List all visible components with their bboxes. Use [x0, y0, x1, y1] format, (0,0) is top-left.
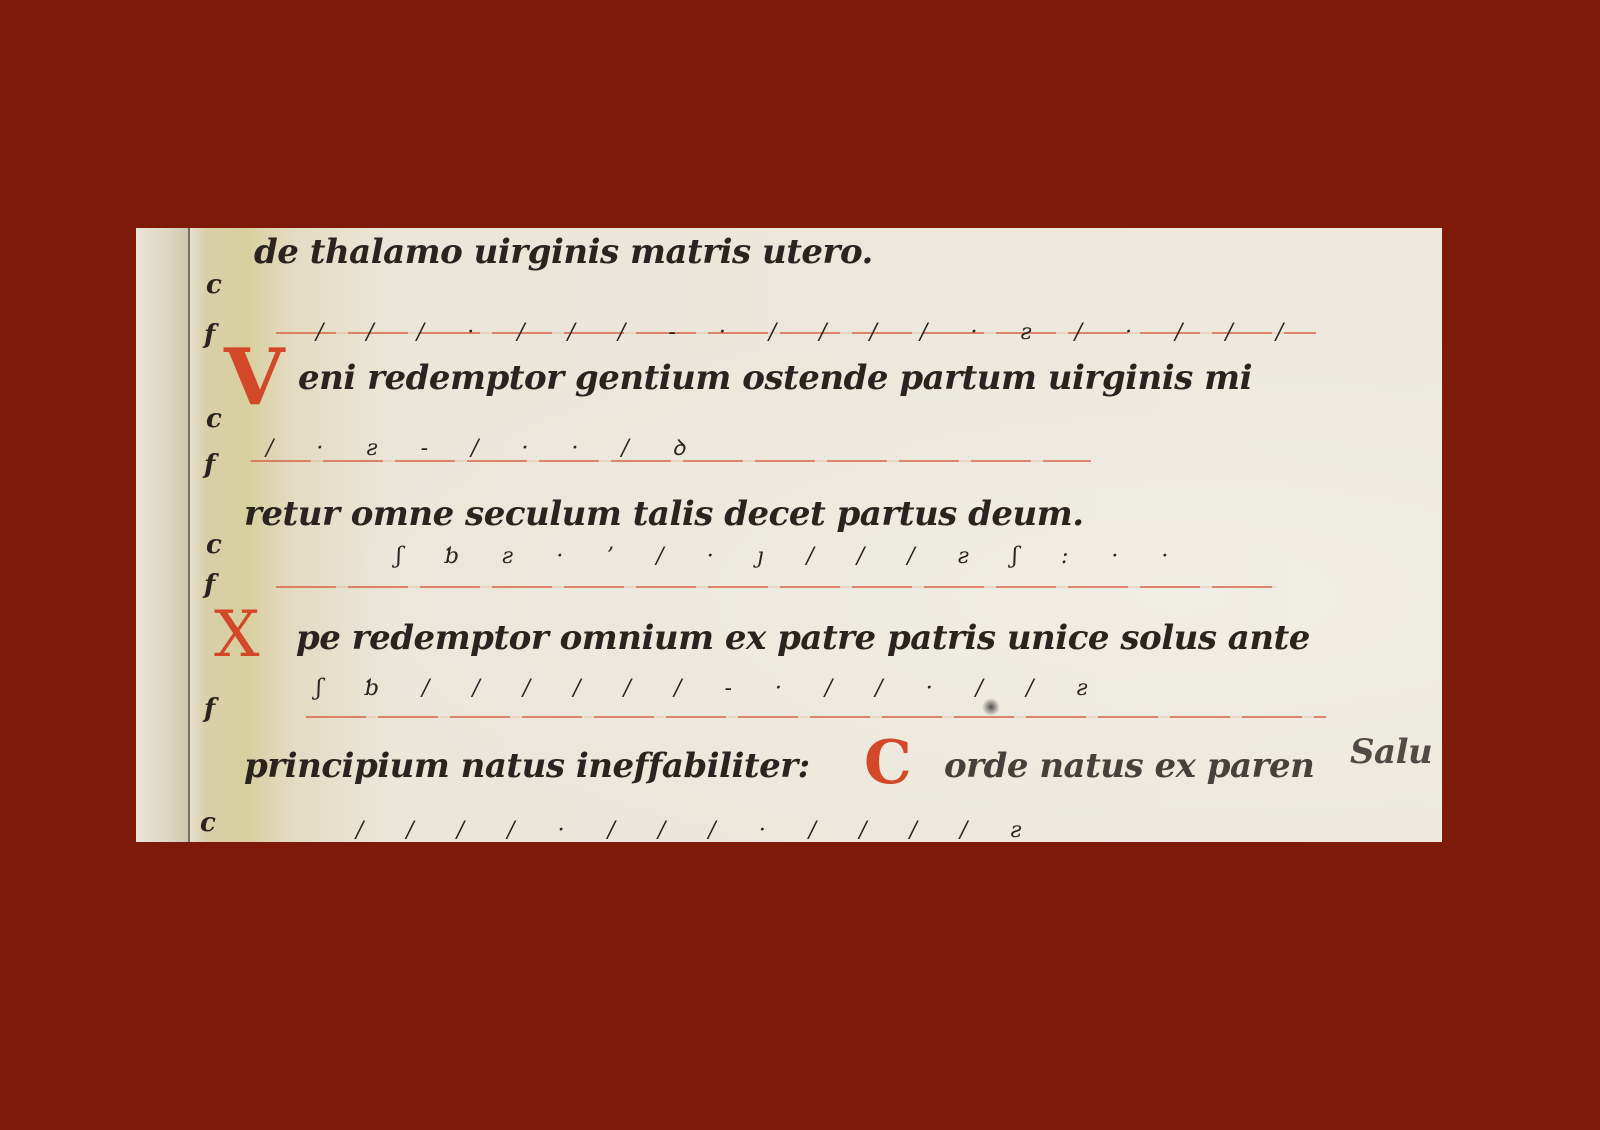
rubric-initial-v: V — [224, 332, 285, 423]
text-line-6: orde natus ex paren — [944, 746, 1314, 786]
staff-line — [276, 586, 1276, 588]
clef-c: c — [200, 808, 216, 838]
text-line-3: retur omne seculum talis decet partus de… — [244, 494, 1084, 534]
text-line-5: principium natus ineffabiliter: — [244, 746, 810, 786]
neume-row: / · ƨ - / · · / ꝺ — [266, 432, 703, 462]
staff-line — [306, 716, 1326, 718]
clef-c: c — [206, 530, 222, 560]
gutter-fold — [136, 228, 188, 842]
clef-f: f — [204, 450, 215, 480]
clef-f: f — [204, 694, 215, 724]
rubric-initial-x: X — [214, 598, 260, 672]
neume-row: ʃ ƅ ƨ · ʼ / · ȷ / / / ƨ ʃ : · · — [396, 544, 1186, 569]
text-line-4: pe redemptor omnium ex patre patris unic… — [296, 618, 1310, 658]
clef-c: c — [206, 270, 222, 300]
neume-row: ʃ ƅ / / / / / / - · / / · / / ƨ — [316, 676, 1106, 701]
manuscript-folio: c f c f c f f c de thalamo uirginis matr… — [136, 228, 1442, 842]
text-line-1: de thalamo uirginis matris utero. — [254, 232, 873, 272]
neume-row: / / / · / / / - · / / / / · ƨ / · / / / — [316, 320, 1301, 345]
text-line-7: Salu — [1350, 732, 1432, 772]
ink-smudge — [982, 698, 1000, 716]
clef-f: f — [204, 320, 215, 350]
rubric-initial-c: C — [864, 728, 912, 798]
clef-c: c — [206, 404, 222, 434]
text-line-2: eni redemptor gentium ostende partum uir… — [298, 358, 1252, 398]
margin-ruling-line — [188, 228, 190, 842]
clef-f: f — [204, 570, 215, 600]
neume-row: / / / / · / / / · / / / / ƨ — [356, 818, 1040, 842]
